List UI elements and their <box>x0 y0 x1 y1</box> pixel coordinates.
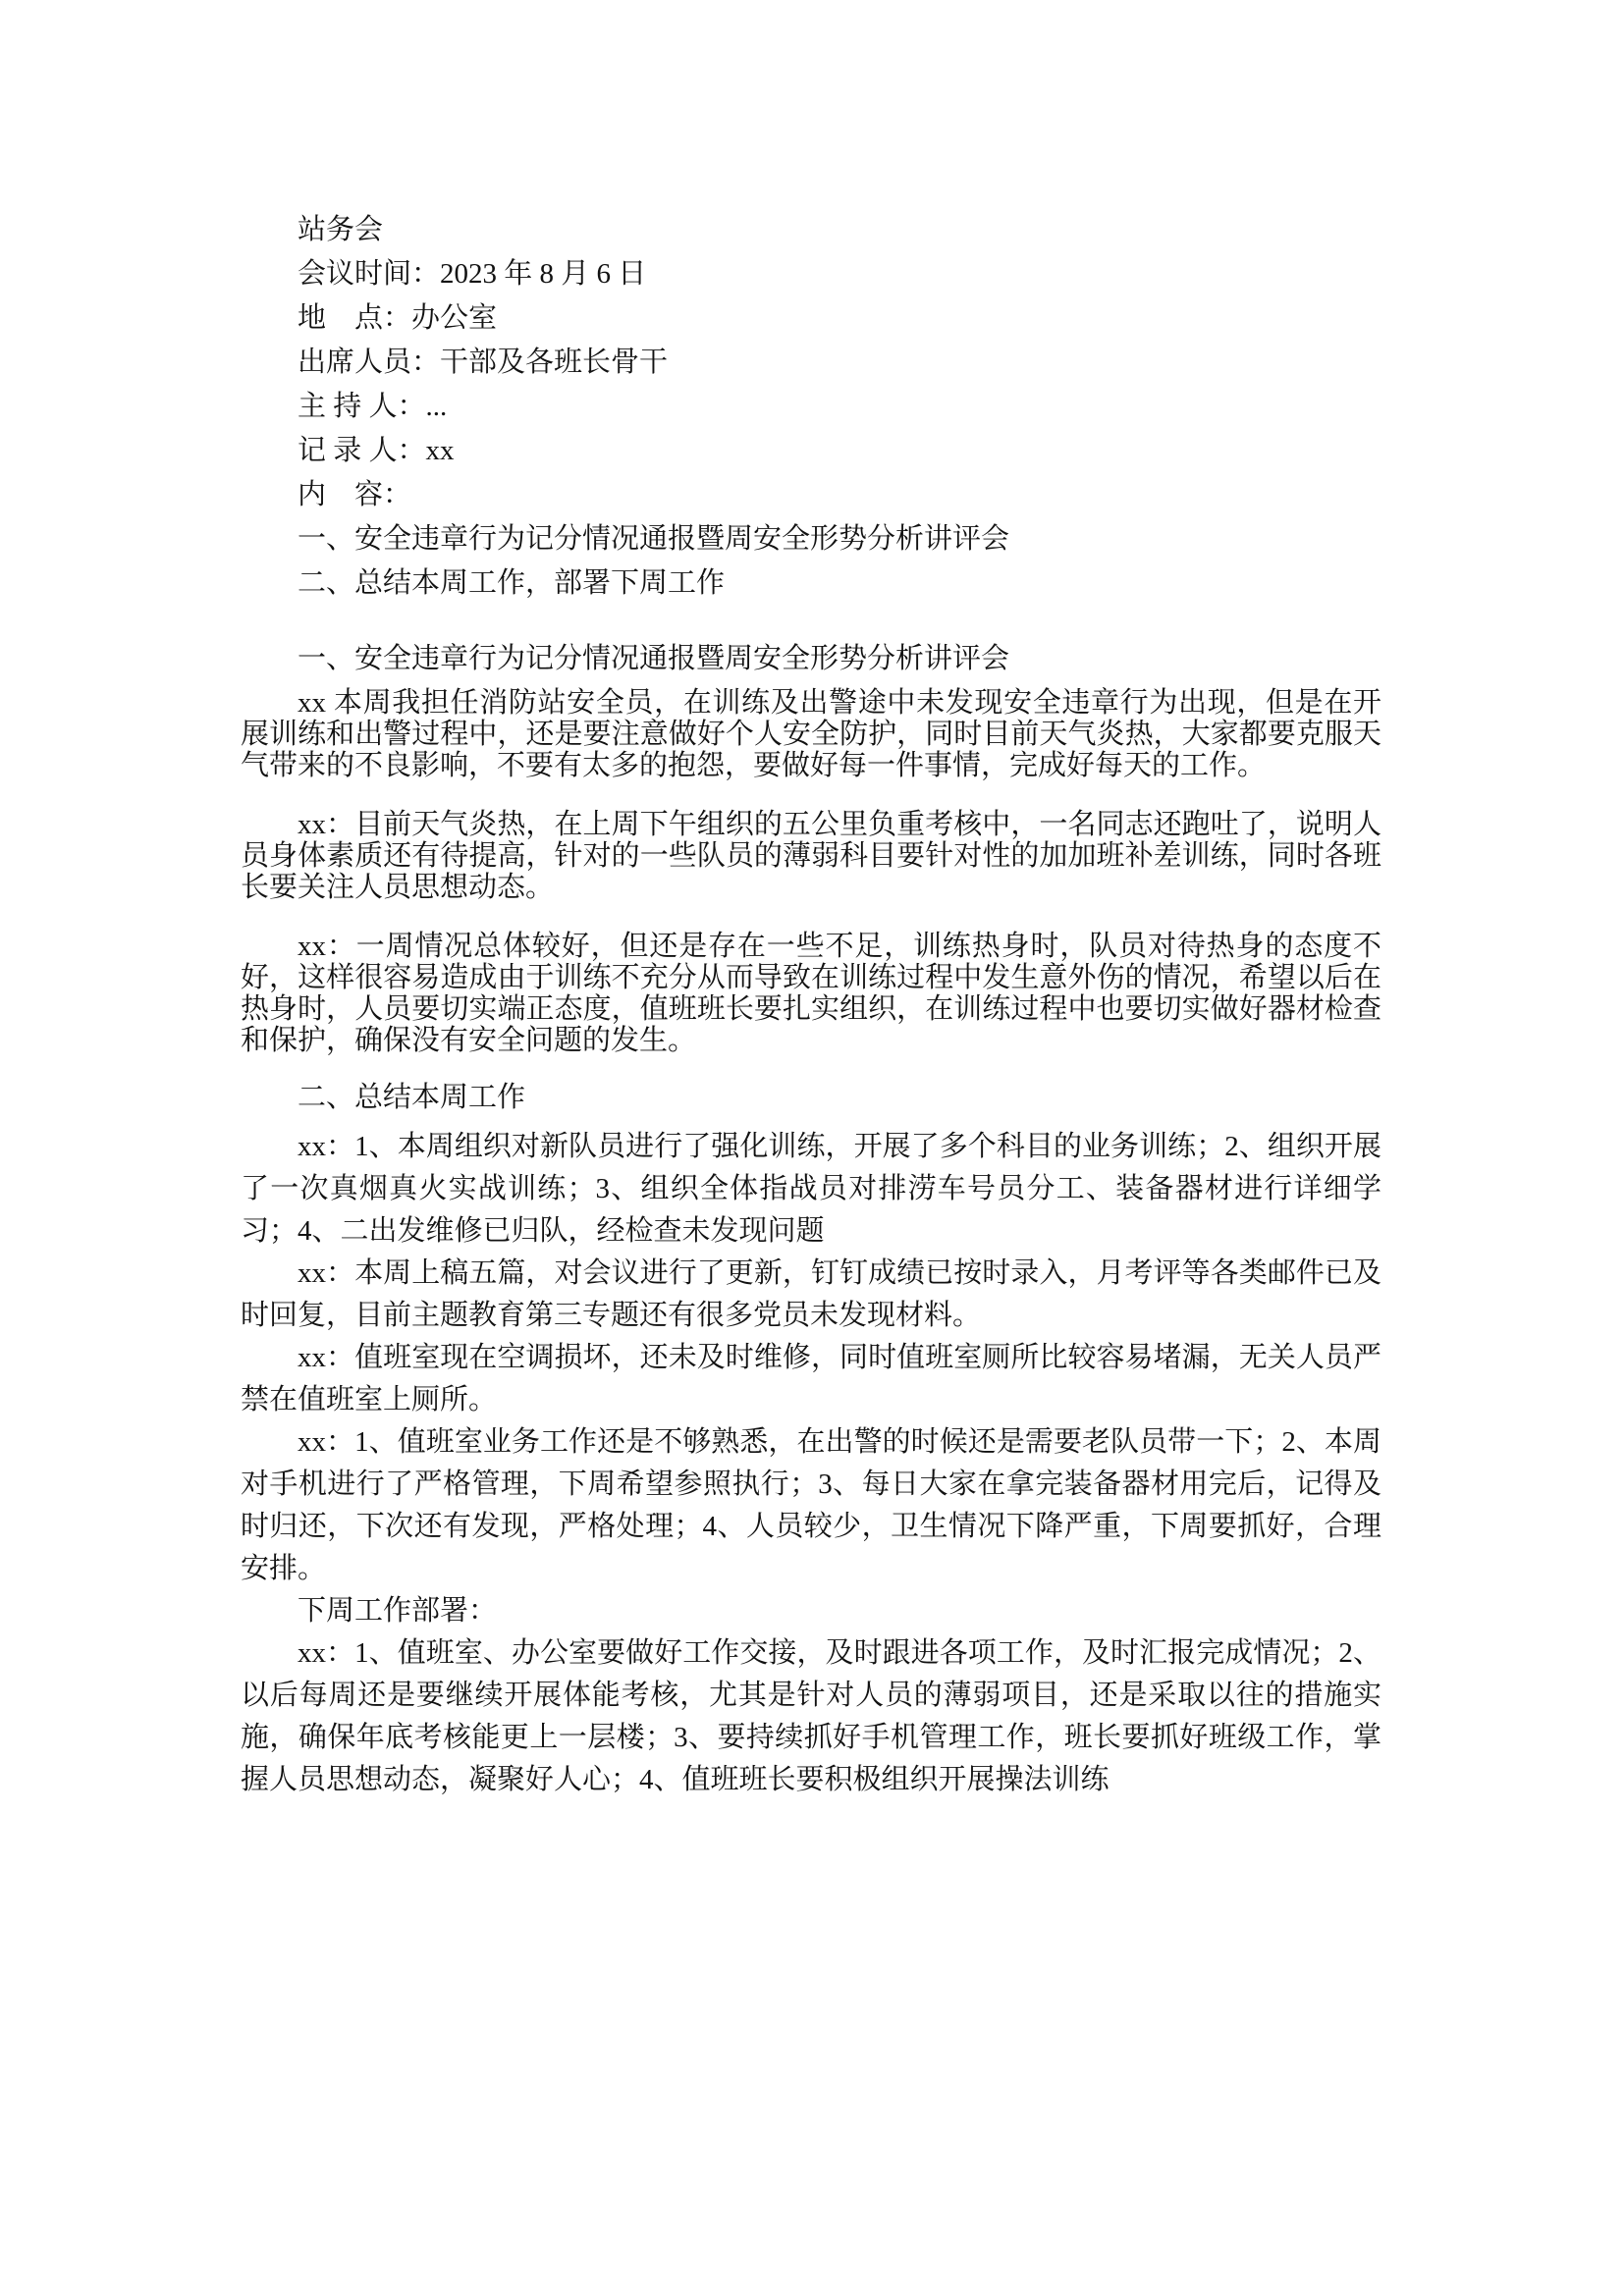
section1-paragraph: xx：一周情况总体较好，但还是存在一些不足，训练热身时，队员对待热身的态度不好，… <box>241 931 1381 1056</box>
section2-paragraph: xx：1、本周组织对新队员进行了强化训练，开展了多个科目的业务训练；2、组织开展… <box>241 1126 1381 1253</box>
document-body: 站务会 会议时间：2023 年 8 月 6 日 地 点：办公室 出席人员：干部及… <box>241 208 1381 1801</box>
recorder-line: 记 录 人：xx <box>241 429 1381 473</box>
section2-paragraph: xx：1、值班室业务工作还是不够熟悉，在出警的时候还是需要老队员带一下；2、本周… <box>241 1421 1381 1590</box>
section1-heading: 一、安全违章行为记分情况通报暨周安全形势分析讲评会 <box>241 637 1381 681</box>
section-gap <box>241 606 1381 637</box>
agenda-item-2: 二、总结本周工作，部署下周工作 <box>241 561 1381 606</box>
meeting-time-line: 会议时间：2023 年 8 月 6 日 <box>241 252 1381 296</box>
next-week-plan-paragraph: xx：1、值班室、办公室要做好工作交接，及时跟进各项工作，及时汇报完成情况；2、… <box>241 1632 1381 1801</box>
host-line: 主 持 人：... <box>241 385 1381 429</box>
section1-paragraph: xx 本周我担任消防站安全员，在训练及出警途中未发现安全违章行为出现，但是在开展… <box>241 687 1381 781</box>
agenda-item-1: 一、安全违章行为记分情况通报暨周安全形势分析讲评会 <box>241 517 1381 561</box>
section2-paragraph: xx：值班室现在空调损坏，还未及时维修，同时值班室厕所比较容易堵漏，无关人员严禁… <box>241 1337 1381 1421</box>
attendees-line: 出席人员：干部及各班长骨干 <box>241 341 1381 385</box>
document-page: 站务会 会议时间：2023 年 8 月 6 日 地 点：办公室 出席人员：干部及… <box>0 0 1624 2296</box>
next-week-plan-heading: 下周工作部署： <box>241 1590 1381 1632</box>
content-label-line: 内 容： <box>241 473 1381 517</box>
meeting-place-line: 地 点：办公室 <box>241 296 1381 341</box>
section2-heading: 二、总结本周工作 <box>241 1076 1381 1120</box>
section2-paragraph: xx：本周上稿五篇，对会议进行了更新，钉钉成绩已按时录入，月考评等各类邮件已及时… <box>241 1253 1381 1337</box>
doc-title: 站务会 <box>241 208 1381 252</box>
section1-paragraph: xx：目前天气炎热，在上周下午组织的五公里负重考核中，一名同志还跑吐了，说明人员… <box>241 809 1381 903</box>
